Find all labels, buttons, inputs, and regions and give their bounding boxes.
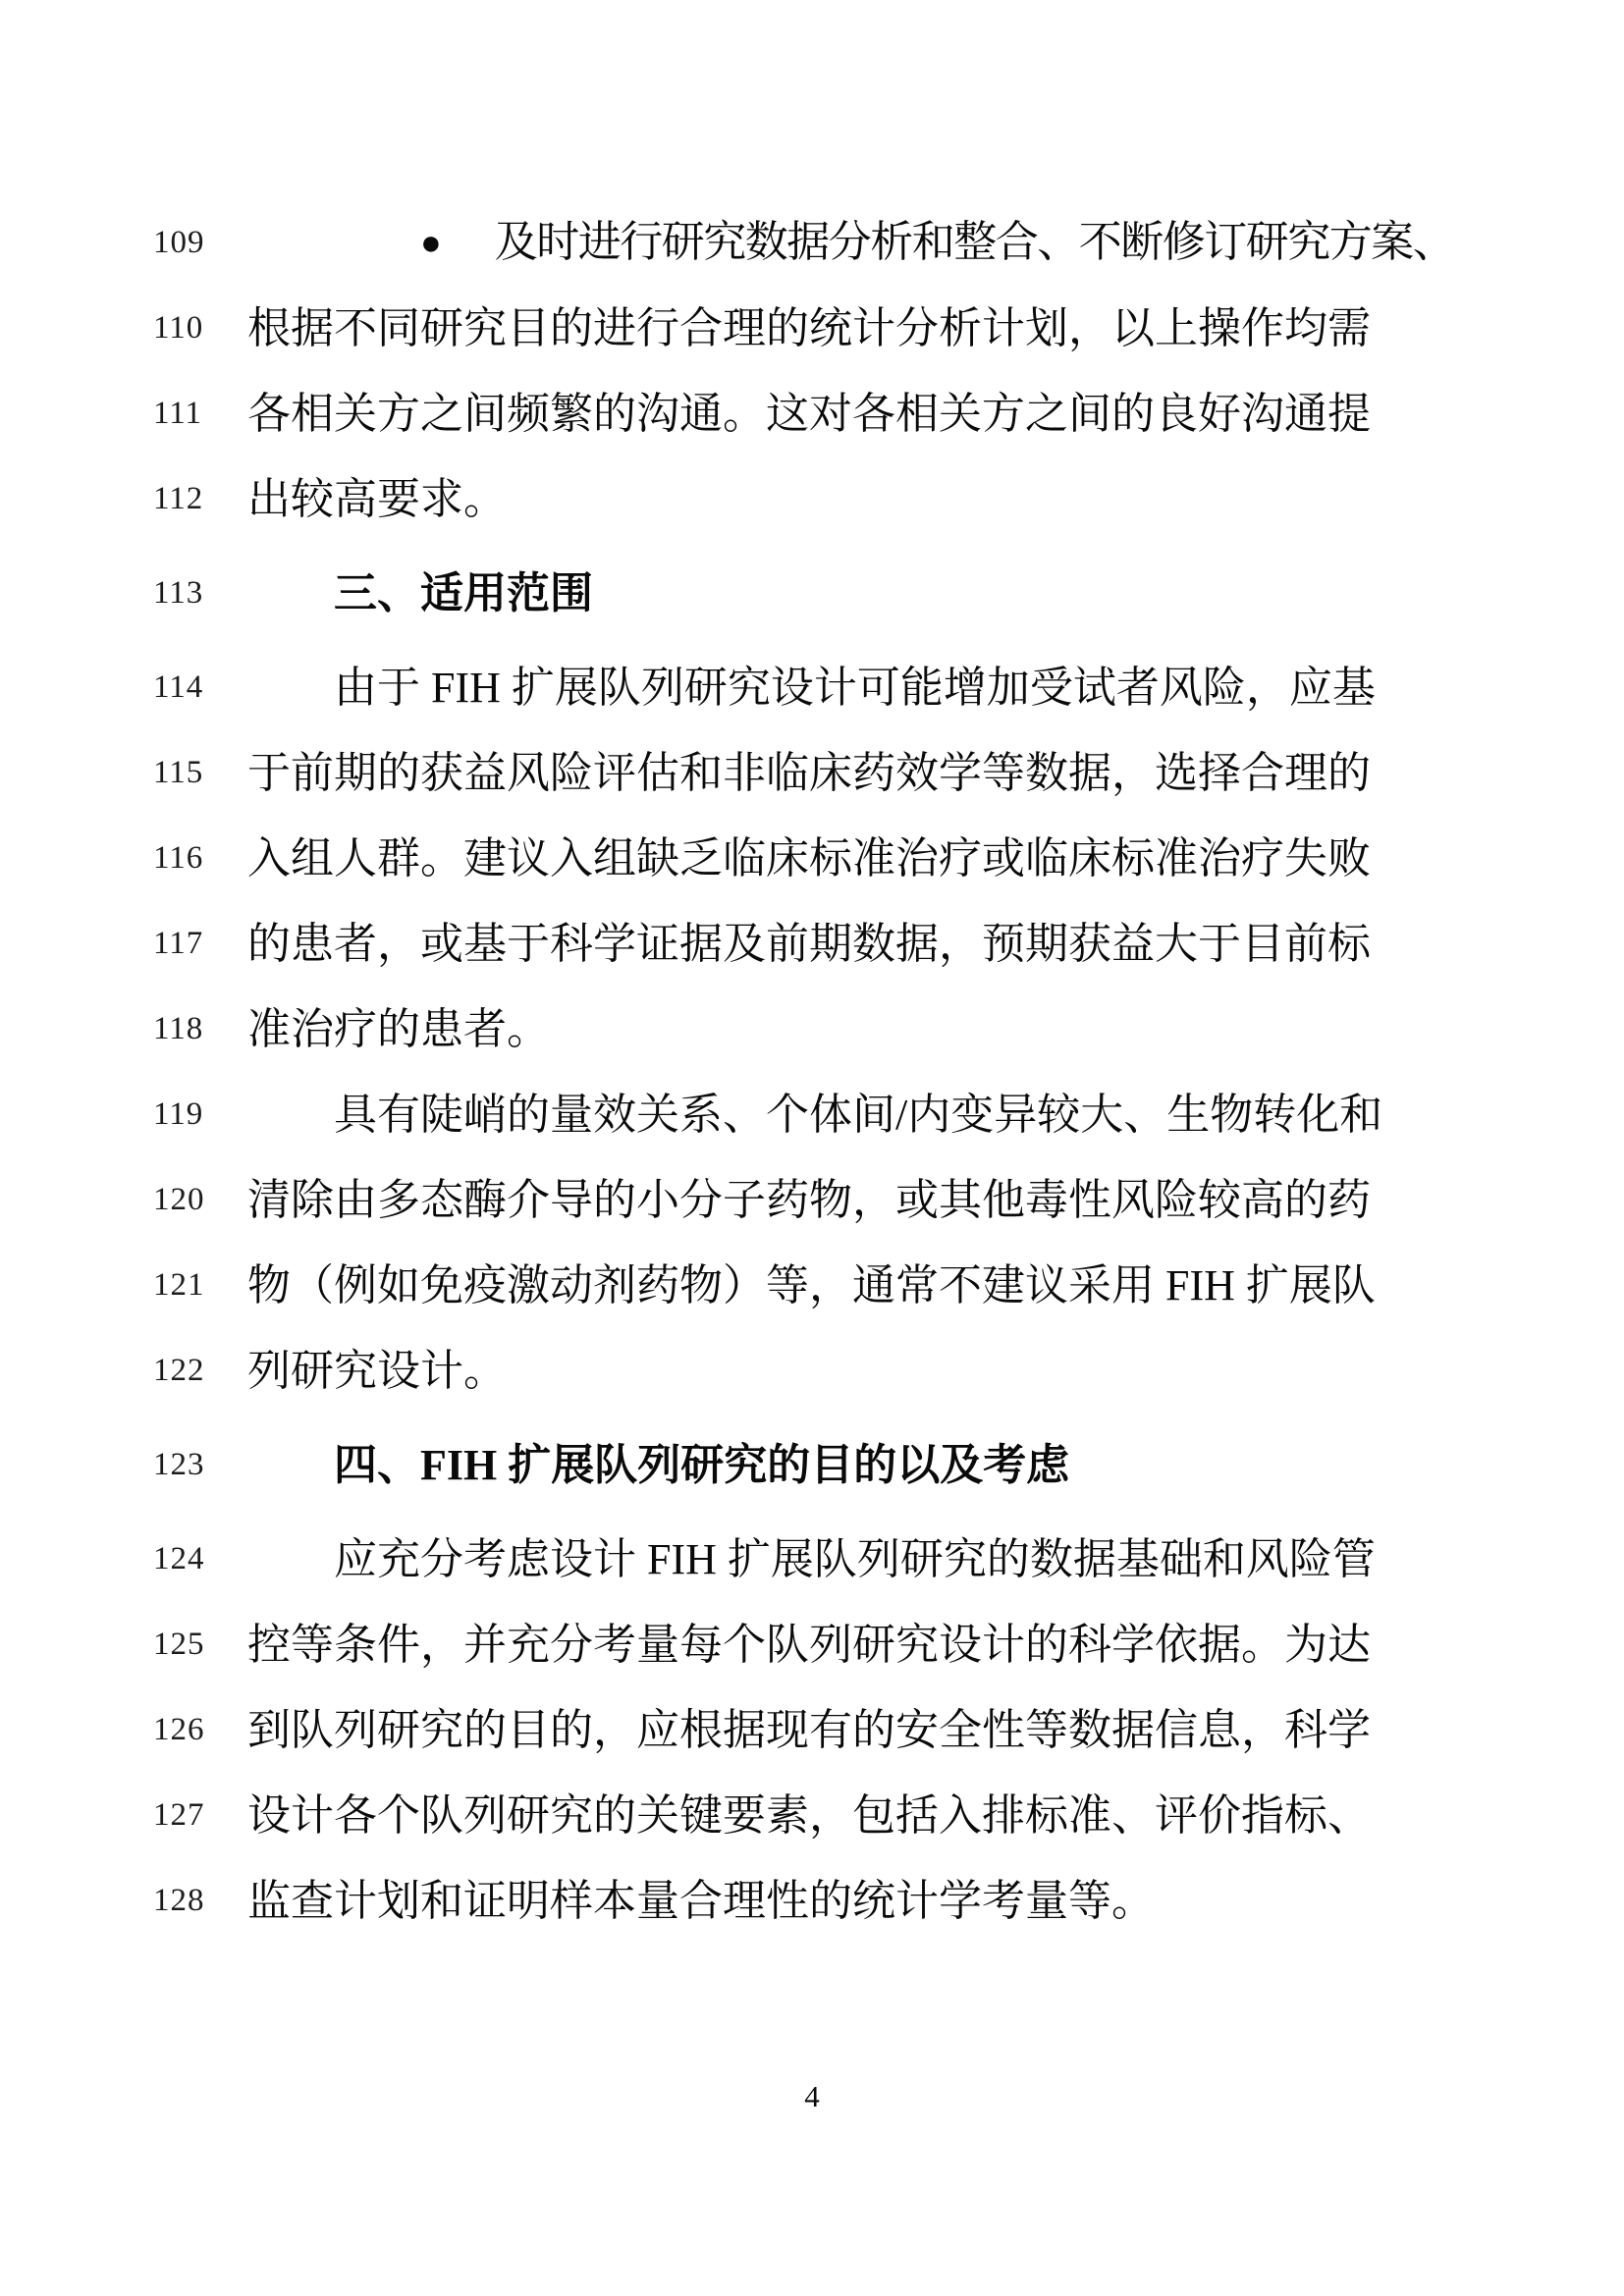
line-text: 监查计划和证明样本量合理性的统计学考量等。: [247, 1858, 1386, 1944]
line-text: 及时进行研究数据分析和整合、不断修订研究方案、: [495, 218, 1455, 266]
line-number: 116: [153, 840, 247, 877]
line-text: 具有陡峭的量效关系、个体间/内变异较大、生物转化和: [247, 1072, 1386, 1157]
section-heading: 四、FIH 扩展队列研究的目的以及考虑: [247, 1422, 1386, 1508]
document-line: 114 由于 FIH 扩展队列研究设计可能增加受试者风险，应基: [0, 645, 1624, 730]
line-text: 到队列研究的目的，应根据现有的安全性等数据信息，科学: [247, 1687, 1386, 1773]
line-number: 110: [153, 310, 247, 347]
line-text: 的患者，或基于科学证据及前期数据，预期获益大于目前标: [247, 901, 1386, 987]
document-line: 116 入组人群。建议入组缺乏临床标准治疗或临床标准治疗失败: [0, 816, 1624, 901]
line-text: 应充分考虑设计 FIH 扩展队列研究的数据基础和风险管: [247, 1517, 1386, 1602]
page-number: 4: [0, 2079, 1624, 2114]
line-text: 控等条件，并充分考量每个队列研究设计的科学依据。为达: [247, 1602, 1386, 1687]
line-text: 出较高要求。: [247, 456, 1386, 542]
line-number: 121: [153, 1267, 247, 1304]
line-text: 各相关方之间频繁的沟通。这对各相关方之间的良好沟通提: [247, 371, 1386, 456]
line-text: 由于 FIH 扩展队列研究设计可能增加受试者风险，应基: [247, 645, 1386, 730]
bullet-list-item: ●及时进行研究数据分析和整合、不断修订研究方案、: [247, 199, 1386, 288]
document-line: 122 列研究设计。: [0, 1328, 1624, 1414]
line-number: 113: [153, 575, 247, 612]
line-number: 125: [153, 1627, 247, 1663]
line-number: 117: [153, 926, 247, 962]
document-line: 117 的患者，或基于科学证据及前期数据，预期获益大于目前标: [0, 901, 1624, 987]
line-number: 124: [153, 1541, 247, 1577]
line-number: 109: [153, 225, 247, 261]
bullet-icon: ●: [334, 200, 442, 286]
document-line: 109 ●及时进行研究数据分析和整合、不断修订研究方案、: [0, 200, 1624, 286]
section-heading: 三、适用范围: [247, 551, 1386, 636]
document-line: 124 应充分考虑设计 FIH 扩展队列研究的数据基础和风险管: [0, 1517, 1624, 1602]
line-text: 物（例如免疫激动剂药物）等，通常不建议采用 FIH 扩展队: [247, 1243, 1386, 1328]
line-text: 根据不同研究目的进行合理的统计分析计划，以上操作均需: [247, 286, 1386, 371]
line-number: 128: [153, 1883, 247, 1919]
document-line: 111 各相关方之间频繁的沟通。这对各相关方之间的良好沟通提: [0, 371, 1624, 456]
line-number: 119: [153, 1096, 247, 1133]
line-number: 126: [153, 1712, 247, 1748]
document-line: 118 准治疗的患者。: [0, 987, 1624, 1072]
document-line: 115 于前期的获益风险评估和非临床药效学等数据，选择合理的: [0, 730, 1624, 816]
line-text: 准治疗的患者。: [247, 987, 1386, 1072]
line-text: 入组人群。建议入组缺乏临床标准治疗或临床标准治疗失败: [247, 816, 1386, 901]
document-line: 121 物（例如免疫激动剂药物）等，通常不建议采用 FIH 扩展队: [0, 1243, 1624, 1328]
line-number: 112: [153, 481, 247, 517]
line-number: 118: [153, 1011, 247, 1047]
document-line: 120 清除由多态酶介导的小分子药物，或其他毒性风险较高的药: [0, 1157, 1624, 1243]
line-number: 114: [153, 669, 247, 706]
document-line: 126 到队列研究的目的，应根据现有的安全性等数据信息，科学: [0, 1687, 1624, 1773]
document-line: 119 具有陡峭的量效关系、个体间/内变异较大、生物转化和: [0, 1072, 1624, 1157]
line-number: 120: [153, 1182, 247, 1218]
line-text: 设计各个队列研究的关键要素，包括入排标准、评价指标、: [247, 1773, 1386, 1858]
document-line: 112 出较高要求。: [0, 456, 1624, 542]
document-line: 125 控等条件，并充分考量每个队列研究设计的科学依据。为达: [0, 1602, 1624, 1687]
document-page: 109 ●及时进行研究数据分析和整合、不断修订研究方案、 110 根据不同研究目…: [0, 0, 1624, 2296]
document-line: 127 设计各个队列研究的关键要素，包括入排标准、评价指标、: [0, 1773, 1624, 1858]
line-number: 123: [153, 1447, 247, 1483]
document-line: 123 四、FIH 扩展队列研究的目的以及考虑: [0, 1422, 1624, 1508]
line-number: 115: [153, 755, 247, 791]
line-number: 127: [153, 1797, 247, 1834]
document-body: 109 ●及时进行研究数据分析和整合、不断修订研究方案、 110 根据不同研究目…: [0, 0, 1624, 1944]
document-line: 110 根据不同研究目的进行合理的统计分析计划，以上操作均需: [0, 286, 1624, 371]
line-text: 于前期的获益风险评估和非临床药效学等数据，选择合理的: [247, 730, 1386, 816]
line-text: 清除由多态酶介导的小分子药物，或其他毒性风险较高的药: [247, 1157, 1386, 1243]
document-line: 113 三、适用范围: [0, 551, 1624, 636]
line-number: 111: [153, 396, 247, 432]
line-number: 122: [153, 1353, 247, 1389]
document-line: 128 监查计划和证明样本量合理性的统计学考量等。: [0, 1858, 1624, 1944]
line-text: 列研究设计。: [247, 1328, 1386, 1414]
